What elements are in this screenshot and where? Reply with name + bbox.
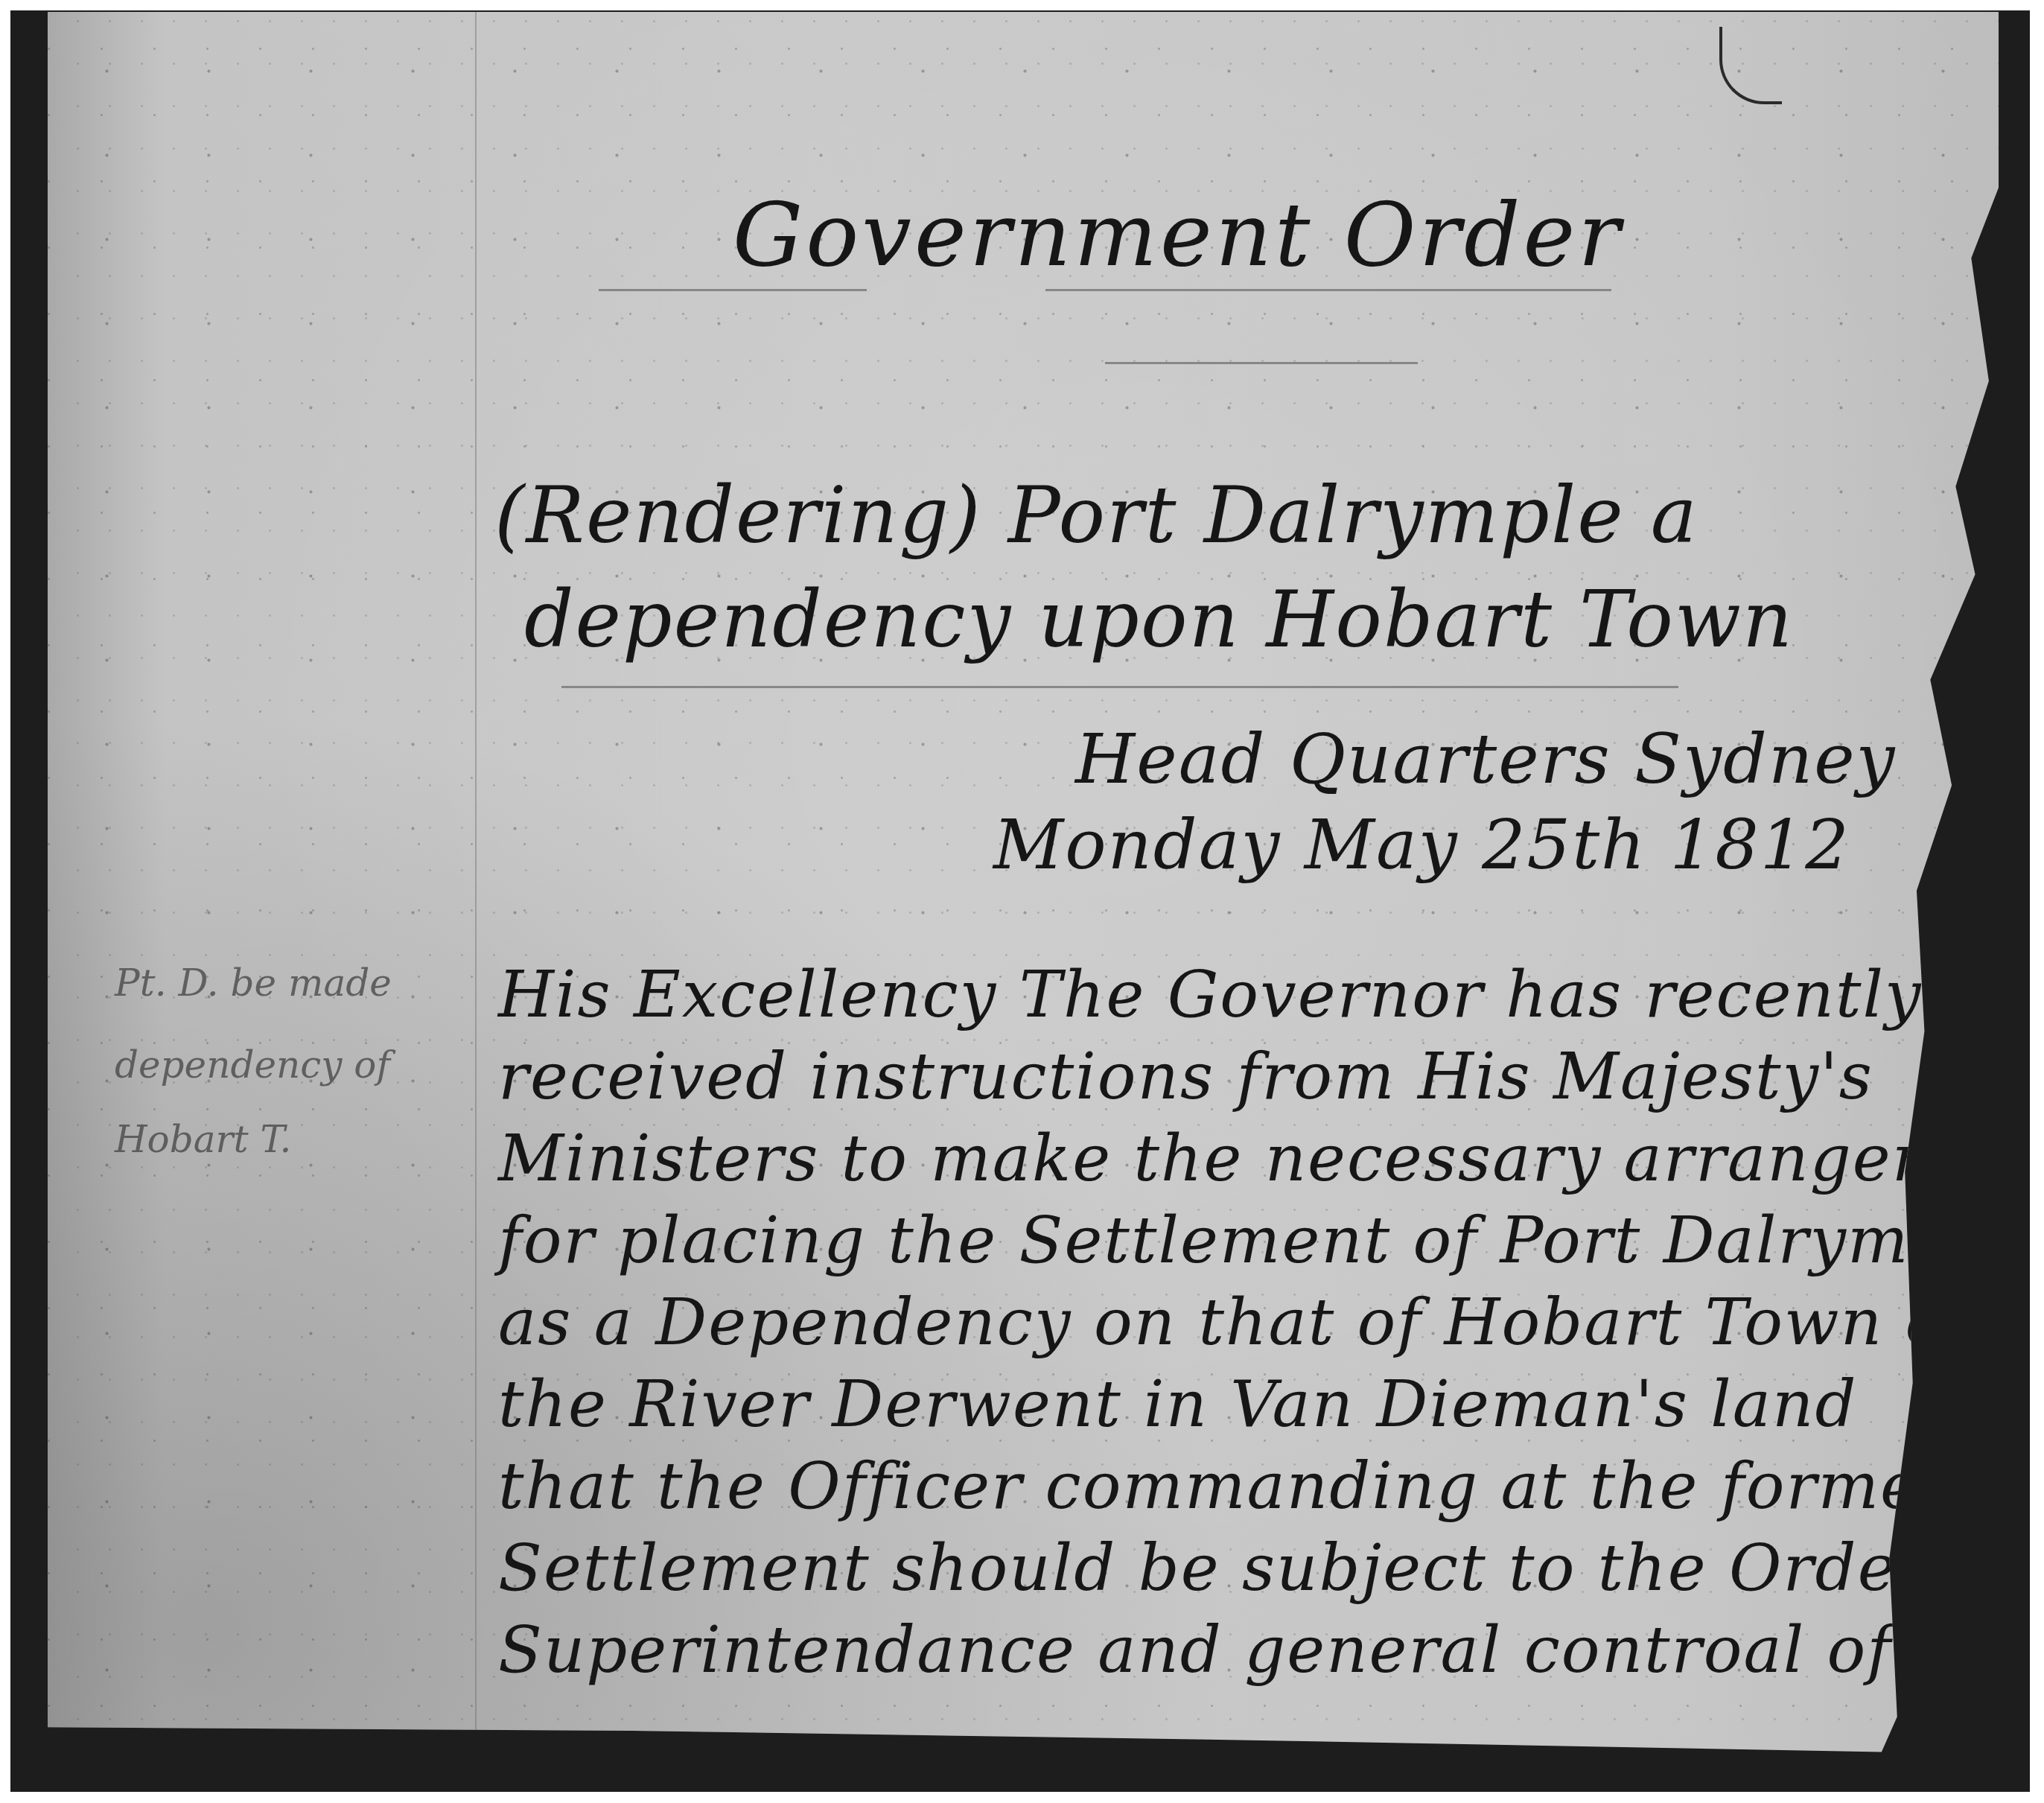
- title-underline: [1105, 362, 1418, 364]
- body-line-5: as a Dependency on that of Hobart Town o…: [498, 1285, 1988, 1360]
- body-line-2: received instructions from His Majesty's: [498, 1040, 1873, 1114]
- body-line-3: Ministers to make the necessary arrangem…: [498, 1122, 2044, 1196]
- scan-frame: Government Order (Rendering) Port Dalrym…: [10, 10, 2030, 1792]
- manuscript-page: Government Order (Rendering) Port Dalrym…: [48, 12, 1999, 1769]
- body-line-4: for placing the Settlement of Port Dalry…: [498, 1203, 2013, 1278]
- title-rule-left: [599, 289, 867, 291]
- body-line-1: His Excellency The Governor has recently: [498, 958, 1923, 1032]
- subtitle-line-1: (Rendering) Port Dalrymple a: [494, 470, 1698, 561]
- body-line-6: the River Derwent in Van Dieman's land: [498, 1367, 1857, 1442]
- ink-stroke-mark: [1719, 27, 1782, 104]
- margin-rule-line: [475, 12, 477, 1769]
- body-line-7: that the Officer commanding at the forme…: [498, 1449, 1952, 1524]
- title-rule-right: [1045, 289, 1611, 291]
- margin-note-line-2: dependency of: [115, 1043, 390, 1087]
- body-line-9: Superintendance and general controal of …: [498, 1613, 2023, 1688]
- margin-note-line-3: Hobart T.: [115, 1118, 291, 1161]
- subtitle-rule: [561, 686, 1678, 688]
- subtitle-line-2: dependency upon Hobart Town: [524, 574, 1794, 665]
- body-line-8: Settlement should be subject to the Orde…: [498, 1531, 1964, 1606]
- dateline-place: Head Quarters Sydney: [1075, 719, 1897, 799]
- dateline-date: Monday May 25th 1812: [993, 805, 1850, 885]
- margin-note-line-1: Pt. D. be made: [115, 961, 392, 1005]
- document-title: Government Order: [733, 183, 1623, 286]
